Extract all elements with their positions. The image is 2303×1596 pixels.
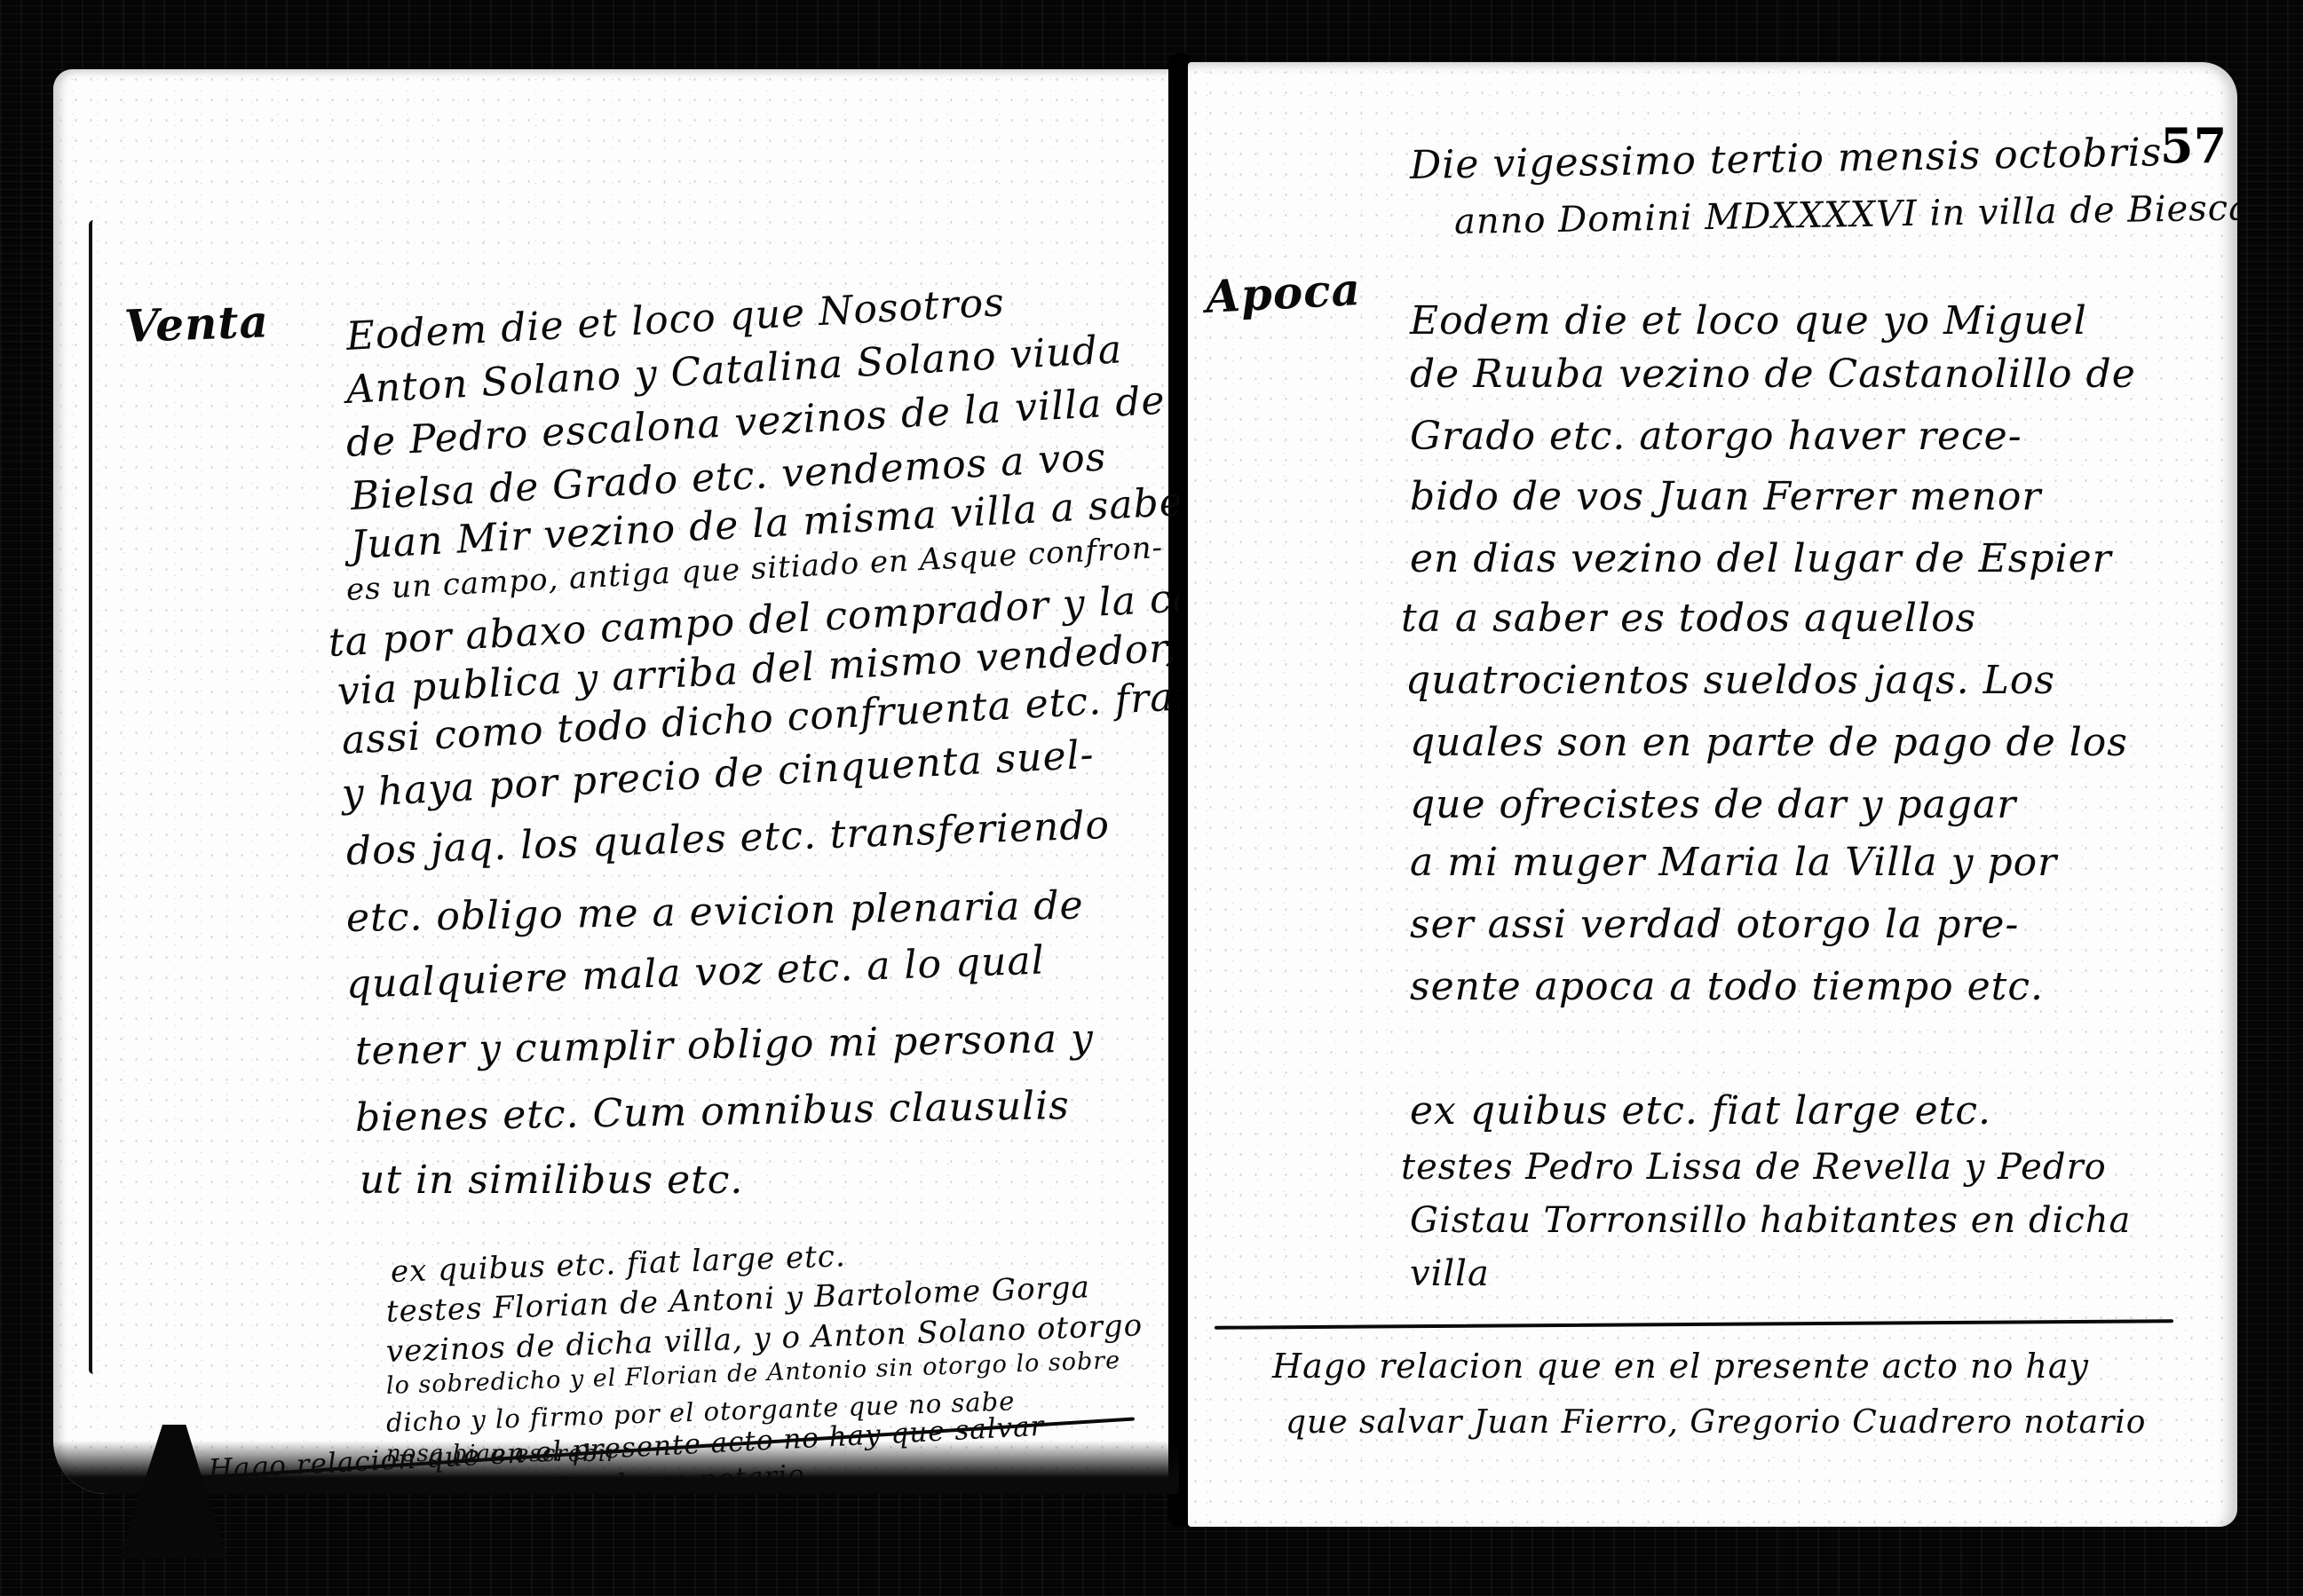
text-line: bienes etc. Cum omnibus clausulis (355, 1086, 1071, 1138)
page-edge-line (89, 220, 98, 1374)
left-page: Venta Eodem die et loco que Nosotros Ant… (53, 69, 1179, 1494)
text-line: quatrocientos sueldos jaqs. Los (1405, 661, 2055, 700)
text-line: que ofrecistes de dar y pagar (1410, 786, 2016, 825)
folio-number: 57 (2160, 117, 2227, 174)
text-line: dos jaq. los quales etc. transferiendo (345, 806, 1110, 872)
text-line: sente apoca a todo tiempo etc. (1410, 968, 2044, 1007)
heading-line: Die vigessimo tertio mensis octobris (1410, 133, 2163, 186)
text-line: Grado etc. atorgo haver rece- (1410, 417, 2022, 456)
text-line: a mi muger Maria la Villa y por (1410, 843, 2057, 882)
text-line: Eodem die et loco que yo Miguel (1410, 302, 2087, 341)
text-line: que salvar Juan Fierro, Gregorio Cuadrer… (1286, 1407, 2146, 1439)
text-line: quales son en parte de pago de los (1410, 723, 2128, 762)
heading-line: anno Domini MDXXXXVI in villa de Biescas (1454, 190, 2237, 240)
text-line: ex quibus etc. fiat large etc. (1410, 1092, 1991, 1131)
right-margin-note: Apoca (1204, 263, 1362, 323)
text-line: en dias vezino del lugar de Espier (1410, 540, 2112, 579)
text-line: ser assi verdad otorgo la pre- (1410, 905, 2019, 944)
left-margin-note: Venta (123, 295, 270, 352)
text-line: ta a saber es todos aquellos (1401, 599, 1976, 638)
text-line: qualquiere mala voz etc. a lo qual (345, 942, 1045, 1005)
page-bottom-shadow (53, 1441, 1179, 1494)
text-line: de Ruuba vezino de Castanolillo de (1410, 355, 2136, 394)
text-line: tener y cumplir obligo mi persona y (355, 1019, 1095, 1071)
text-line: Hago relacion que en el presente acto no… (1272, 1349, 2089, 1383)
text-line: bido de vos Juan Ferrer menor (1410, 478, 2041, 517)
divider-rule (1215, 1319, 2173, 1330)
text-line: testes Pedro Lissa de Revella y Pedro (1401, 1150, 2107, 1185)
text-line: etc. obligo me a evicion plenaria de (346, 887, 1084, 938)
text-line: villa (1410, 1256, 1490, 1292)
right-page: 57 Die vigessimo tertio mensis octobris … (1188, 62, 2237, 1527)
text-line: ut in similibus etc. (360, 1161, 743, 1200)
text-line: Gistau Torronsillo habitantes en dicha (1410, 1203, 2131, 1238)
